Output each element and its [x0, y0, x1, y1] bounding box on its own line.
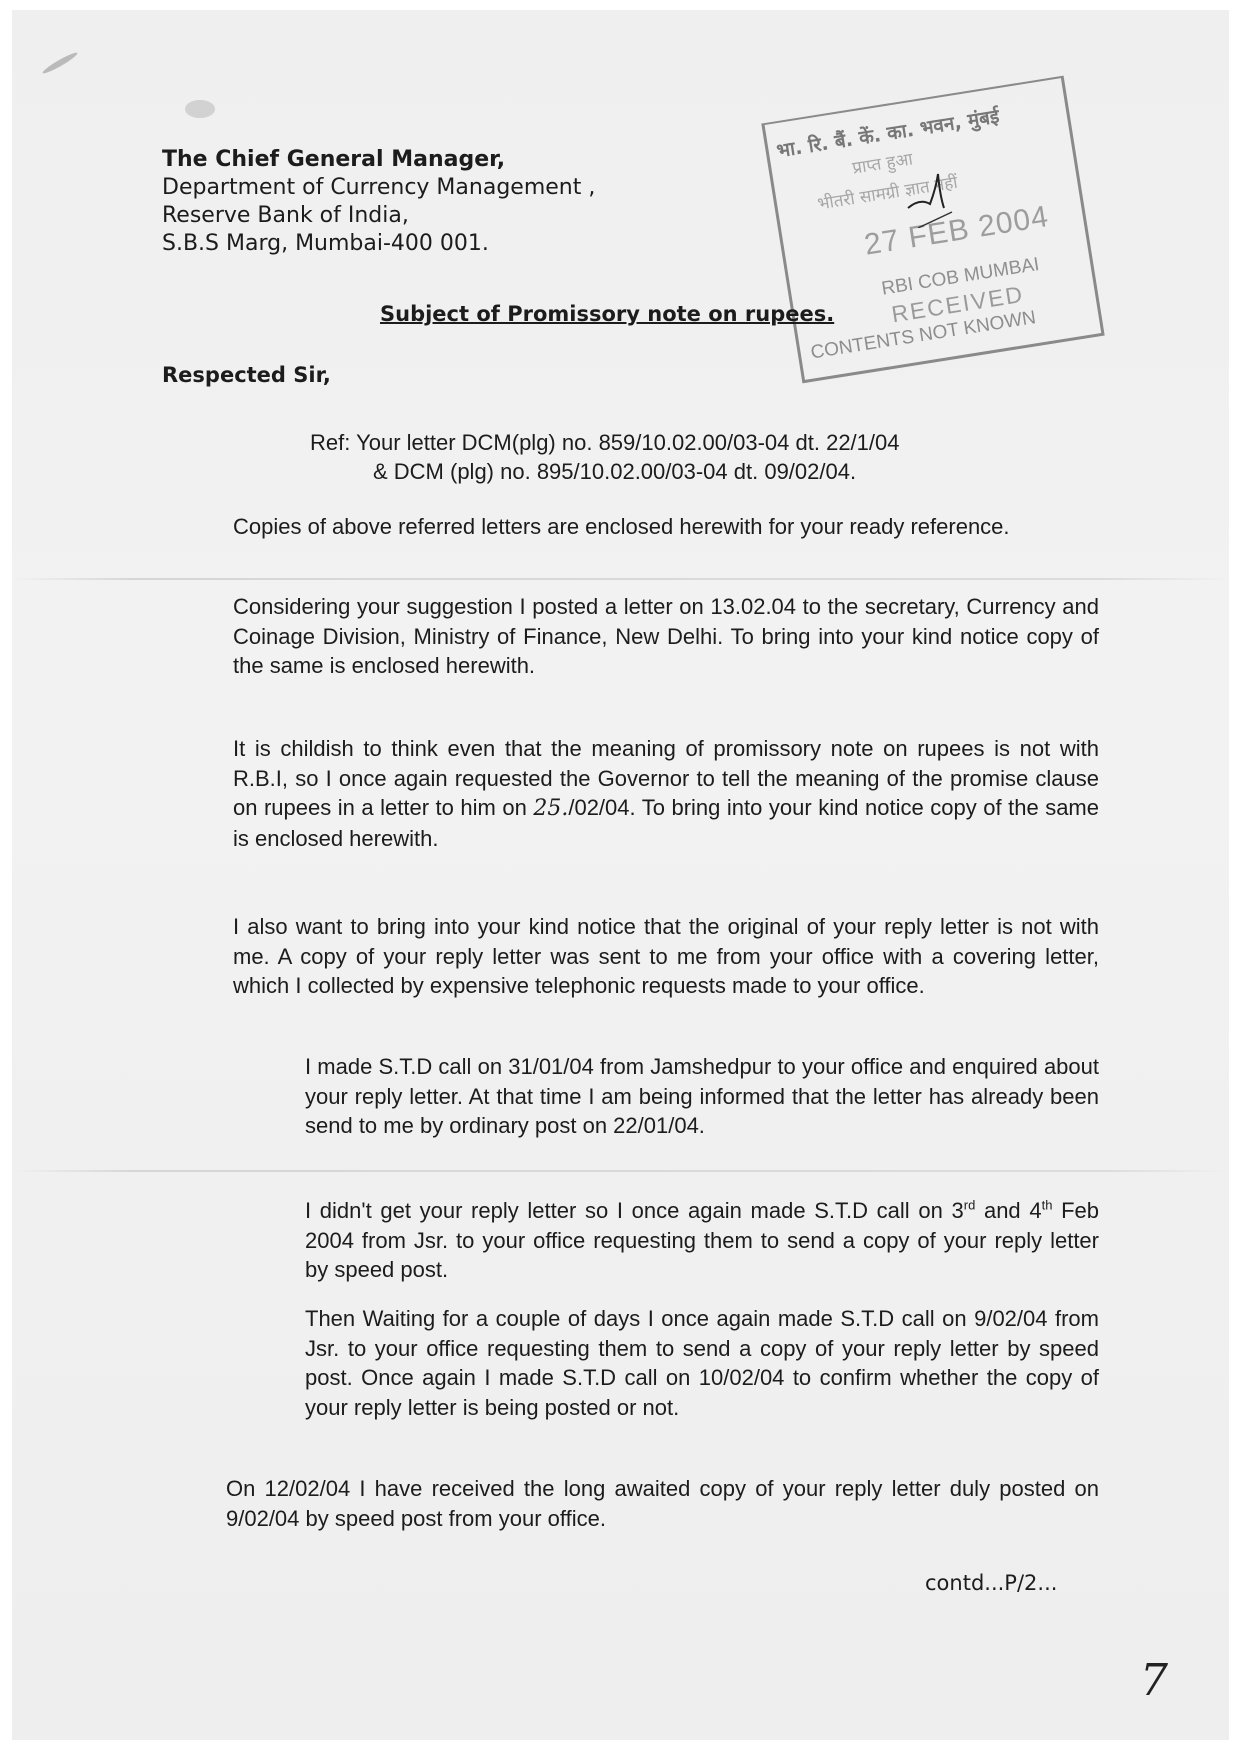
recipient-department: Department of Currency Management ,: [162, 174, 595, 202]
paper-fold-line: [12, 1170, 1229, 1172]
paragraph-std-call-2: I didn't get your reply letter so I once…: [305, 1196, 1099, 1285]
reference-line-1: Ref: Your letter DCM(plg) no. 859/10.02.…: [310, 428, 900, 457]
reference-block: Ref: Your letter DCM(plg) no. 859/10.02.…: [310, 428, 900, 486]
paragraph-ministry-letter: Considering your suggestion I posted a l…: [233, 592, 1099, 681]
recipient-organization: Reserve Bank of India,: [162, 202, 595, 230]
continuation-note: contd...P/2...: [925, 1571, 1057, 1595]
paragraph-governor-letter: It is childish to think even that the me…: [233, 734, 1099, 853]
paper-fold-line: [12, 578, 1229, 580]
recipient-title: The Chief General Manager,: [162, 146, 595, 174]
reference-line-2: & DCM (plg) no. 895/10.02.00/03-04 dt. 0…: [310, 457, 900, 486]
ordinal-suffix: th: [1042, 1198, 1053, 1213]
received-stamp: भा. रि. बैं. कें. का. भवन, मुंबई प्राप्त…: [761, 76, 1104, 384]
paragraph-std-call-3: Then Waiting for a couple of days I once…: [305, 1304, 1099, 1422]
paragraph-original-letter: I also want to bring into your kind noti…: [233, 912, 1099, 1001]
p6-text-a: I didn't get your reply letter so I once…: [305, 1198, 964, 1223]
salutation: Respected Sir,: [162, 363, 331, 387]
p6-text-b: and 4: [975, 1198, 1041, 1223]
paragraph-std-call-1: I made S.T.D call on 31/01/04 from Jamsh…: [305, 1052, 1099, 1141]
recipient-address: The Chief General Manager, Department of…: [162, 146, 595, 258]
subject-line: Subject of Promissory note on rupees.: [380, 302, 834, 326]
handwritten-date: 25.: [533, 796, 568, 821]
paragraph-received-copy: On 12/02/04 I have received the long awa…: [226, 1474, 1099, 1533]
paper-smudge: [185, 100, 215, 118]
paragraph-enclosures: Copies of above referred letters are enc…: [233, 512, 1099, 542]
handwritten-page-number: 7: [1140, 1655, 1168, 1706]
signature-initial-icon: [900, 168, 960, 228]
recipient-street: S.B.S Marg, Mumbai-400 001.: [162, 230, 595, 258]
ordinal-suffix: rd: [964, 1198, 976, 1213]
